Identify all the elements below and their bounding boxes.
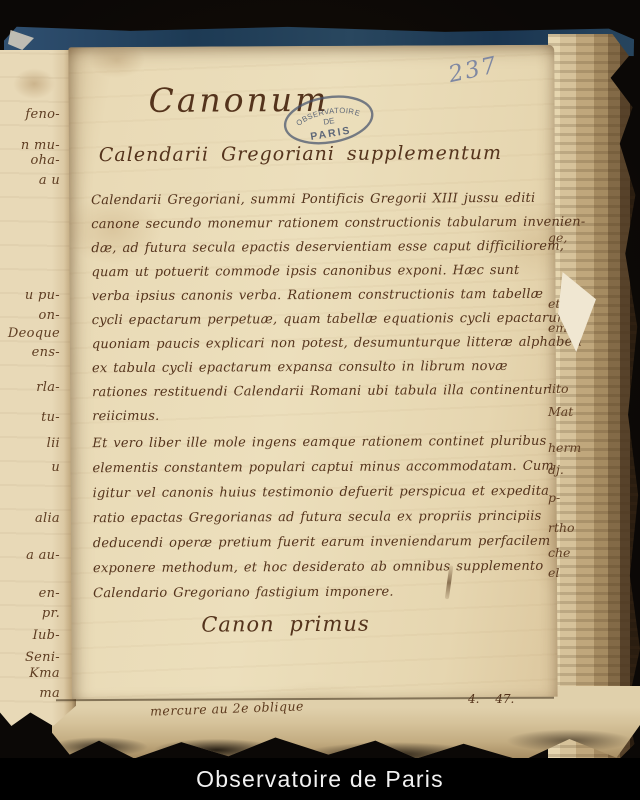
manuscript-line: ratio epactas Gregorianas ad futura secu… — [93, 504, 545, 531]
section-heading: Canon primus — [201, 612, 369, 637]
text-fragment: che — [548, 545, 570, 560]
text-fragment: on- — [39, 308, 61, 323]
text-fragment: alia — [35, 511, 60, 526]
manuscript-line: quam ut potuerit commode ipsis canonibus… — [91, 259, 543, 285]
text-fragment: herm — [548, 440, 581, 455]
text-fragment: Kma — [29, 666, 60, 681]
manuscript-paragraph-2: Et vero liber ille mole ingens eamque ra… — [92, 429, 545, 606]
text-fragment: lito — [548, 381, 569, 396]
manuscript-line: elementis constantem populari captui min… — [92, 454, 544, 481]
text-fragment: rla- — [36, 380, 60, 395]
manuscript-line: Calendario Gregoriano fastigium imponere… — [93, 579, 545, 606]
left-facing-page-edge: feno-n mu-oha-a uu pu-on-Deoqueens-rla-t… — [0, 50, 76, 726]
manuscript-page: 237 Canonum OBSERVATOIRE DE PARIS Calend… — [68, 45, 557, 700]
text-fragment: a au- — [26, 548, 60, 563]
manuscript-subtitle: Calendarii Gregoriani supplementum — [99, 142, 502, 166]
text-fragment: feno- — [25, 107, 60, 122]
text-fragment: tu- — [41, 410, 60, 425]
manuscript-line: verba ipsius canonis verba. Rationem con… — [92, 283, 544, 309]
manuscript-line: rationes restituendi Calendarii Romani u… — [92, 379, 544, 405]
text-fragment: p- — [548, 490, 560, 505]
manuscript-line: Calendarii Gregoriani, summi Pontificis … — [91, 187, 543, 213]
text-fragment: en- — [39, 586, 60, 601]
manuscript-line: Et vero liber ille mole ingens eamque ra… — [92, 429, 544, 456]
page-number: 237 — [446, 52, 500, 88]
manuscript-line: cycli epactarum perpetuæ, quam tabellæ e… — [92, 307, 544, 333]
manuscript-line: reiicimus. — [92, 403, 544, 429]
text-fragment: Deoque — [8, 326, 60, 341]
text-fragment: el — [548, 565, 559, 580]
text-fragment: u pu- — [25, 288, 60, 303]
text-fragment: u — [51, 460, 60, 475]
manuscript-paragraph-1: Calendarii Gregoriani, summi Pontificis … — [91, 187, 544, 429]
caption-text: Observatoire de Paris — [196, 766, 444, 793]
text-fragment: ge, — [548, 230, 567, 245]
text-fragment: lii — [47, 436, 60, 451]
text-fragment: pr. — [42, 606, 60, 621]
text-fragment: oha- — [30, 153, 60, 168]
manuscript-line: igitur vel canonis huius testimonio defu… — [93, 479, 545, 506]
manuscript-line: dæ, ad futura secula epactis deservienti… — [91, 235, 543, 261]
text-fragment: Mat — [548, 404, 573, 419]
text-fragment: Iub- — [33, 628, 60, 643]
manuscript-photo: feno-n mu-oha-a uu pu-on-Deoqueens-rla-t… — [0, 0, 640, 800]
manuscript-line: canone secundo monemur rationem construc… — [91, 211, 543, 237]
manuscript-line: quoniam paucis explicari non potest, des… — [92, 331, 544, 357]
text-fragment: ens- — [32, 345, 60, 360]
text-fragment: dj. — [548, 462, 564, 477]
manuscript-line: ex tabula cycli epactarum expansa consul… — [92, 355, 544, 381]
manuscript-line: exponere methodum, et hoc desiderato ab … — [93, 554, 545, 581]
text-fragment: a u — [39, 173, 60, 188]
stamp-text-middle: DE — [323, 116, 335, 127]
caption-bar: Observatoire de Paris — [0, 758, 640, 800]
stamp-text-bottom: PARIS — [310, 124, 353, 143]
text-fragment: n mu- — [21, 138, 60, 153]
manuscript-line: deducendi operæ pretium fuerit earum inv… — [93, 529, 545, 556]
folio-mark: 4. 47. — [468, 692, 514, 706]
right-page-text-fragments: ge,ettoemlitoMathermdj.p-rthocheel — [546, 0, 596, 700]
text-fragment: Seni- — [25, 650, 60, 665]
text-fragment: rtho — [548, 520, 575, 535]
